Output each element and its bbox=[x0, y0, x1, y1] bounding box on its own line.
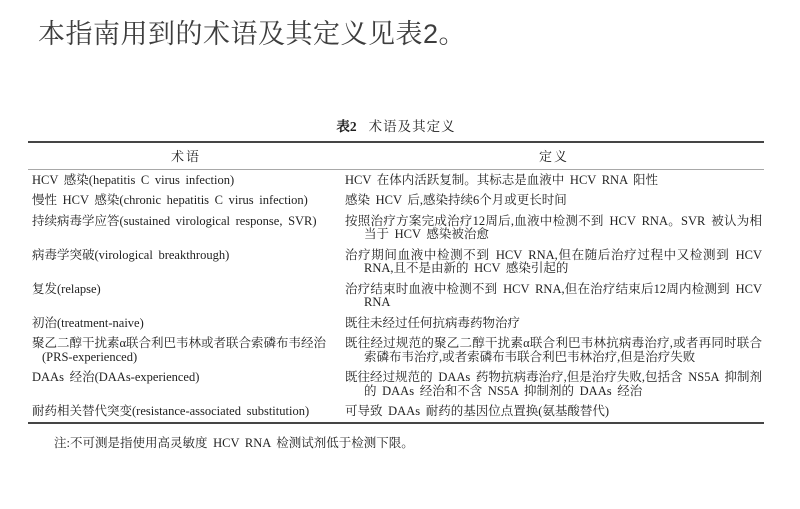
table-header-row: 术语 定义 bbox=[28, 142, 764, 170]
terms-table: 术语 定义 HCV 感染(hepatitis C virus infection… bbox=[28, 141, 764, 424]
term-cell: 慢性 HCV 感染(chronic hepatitis C virus infe… bbox=[28, 191, 344, 212]
table-row: 病毒学突破(virological breakthrough) 治疗期间血液中检… bbox=[28, 245, 764, 279]
column-header-term: 术语 bbox=[28, 142, 344, 170]
definition-cell: 既往未经过任何抗病毒药物治疗 bbox=[344, 313, 764, 334]
table-row: 慢性 HCV 感染(chronic hepatitis C virus infe… bbox=[28, 191, 764, 212]
definition-cell: 感染 HCV 后,感染持续6个月或更长时间 bbox=[344, 191, 764, 212]
definition-cell: 既往经过规范的聚乙二醇干扰素α联合利巴韦林抗病毒治疗,或者再同时联合索磷布韦治疗… bbox=[344, 334, 764, 368]
table-row: 耐药相关替代突变(resistance-associated substitut… bbox=[28, 402, 764, 424]
term-cell: 初治(treatment-naive) bbox=[28, 313, 344, 334]
term-cell: 持续病毒学应答(sustained virological response, … bbox=[28, 211, 344, 245]
table-row: HCV 感染(hepatitis C virus infection) HCV … bbox=[28, 170, 764, 191]
term-cell: 病毒学突破(virological breakthrough) bbox=[28, 245, 344, 279]
table-label: 表2 bbox=[336, 119, 356, 134]
table-row: DAAs 经治(DAAs-experienced) 既往经过规范的 DAAs 药… bbox=[28, 368, 764, 402]
table-row: 持续病毒学应答(sustained virological response, … bbox=[28, 211, 764, 245]
term-cell: 复发(relapse) bbox=[28, 279, 344, 313]
intro-text: 本指南用到的术语及其定义见表2。 bbox=[38, 14, 800, 54]
table-note: 注:不可测是指使用高灵敏度 HCV RNA 检测试剂低于检测下限。 bbox=[54, 433, 764, 451]
table-area: 表2术语及其定义 术语 定义 HCV 感染(hepatitis C virus … bbox=[28, 118, 764, 451]
term-cell: 聚乙二醇干扰素α联合利巴韦林或者联合索磷布韦经治(PRS-experienced… bbox=[28, 334, 344, 368]
table-row: 复发(relapse) 治疗结束时血液中检测不到 HCV RNA,但在治疗结束后… bbox=[28, 279, 764, 313]
definition-cell: 治疗期间血液中检测不到 HCV RNA,但在随后治疗过程中又检测到 HCV RN… bbox=[344, 245, 764, 279]
definition-cell: HCV 在体内活跃复制。其标志是血液中 HCV RNA 阳性 bbox=[344, 170, 764, 191]
definition-cell: 治疗结束时血液中检测不到 HCV RNA,但在治疗结束后12周内检测到 HCV … bbox=[344, 279, 764, 313]
column-header-definition: 定义 bbox=[344, 142, 764, 170]
table-caption: 表2术语及其定义 bbox=[28, 118, 764, 136]
definition-cell: 按照治疗方案完成治疗12周后,血液中检测不到 HCV RNA。SVR 被认为相当… bbox=[344, 211, 764, 245]
table-row: 聚乙二醇干扰素α联合利巴韦林或者联合索磷布韦经治(PRS-experienced… bbox=[28, 334, 764, 368]
table-title: 术语及其定义 bbox=[369, 119, 456, 134]
definition-cell: 既往经过规范的 DAAs 药物抗病毒治疗,但是治疗失败,包括含 NS5A 抑制剂… bbox=[344, 368, 764, 402]
terms-table-body: HCV 感染(hepatitis C virus infection) HCV … bbox=[28, 170, 764, 424]
definition-cell: 可导致 DAAs 耐药的基因位点置换(氨基酸替代) bbox=[344, 402, 764, 424]
term-cell: HCV 感染(hepatitis C virus infection) bbox=[28, 170, 344, 191]
term-cell: DAAs 经治(DAAs-experienced) bbox=[28, 368, 344, 402]
term-cell: 耐药相关替代突变(resistance-associated substitut… bbox=[28, 402, 344, 424]
table-row: 初治(treatment-naive) 既往未经过任何抗病毒药物治疗 bbox=[28, 313, 764, 334]
